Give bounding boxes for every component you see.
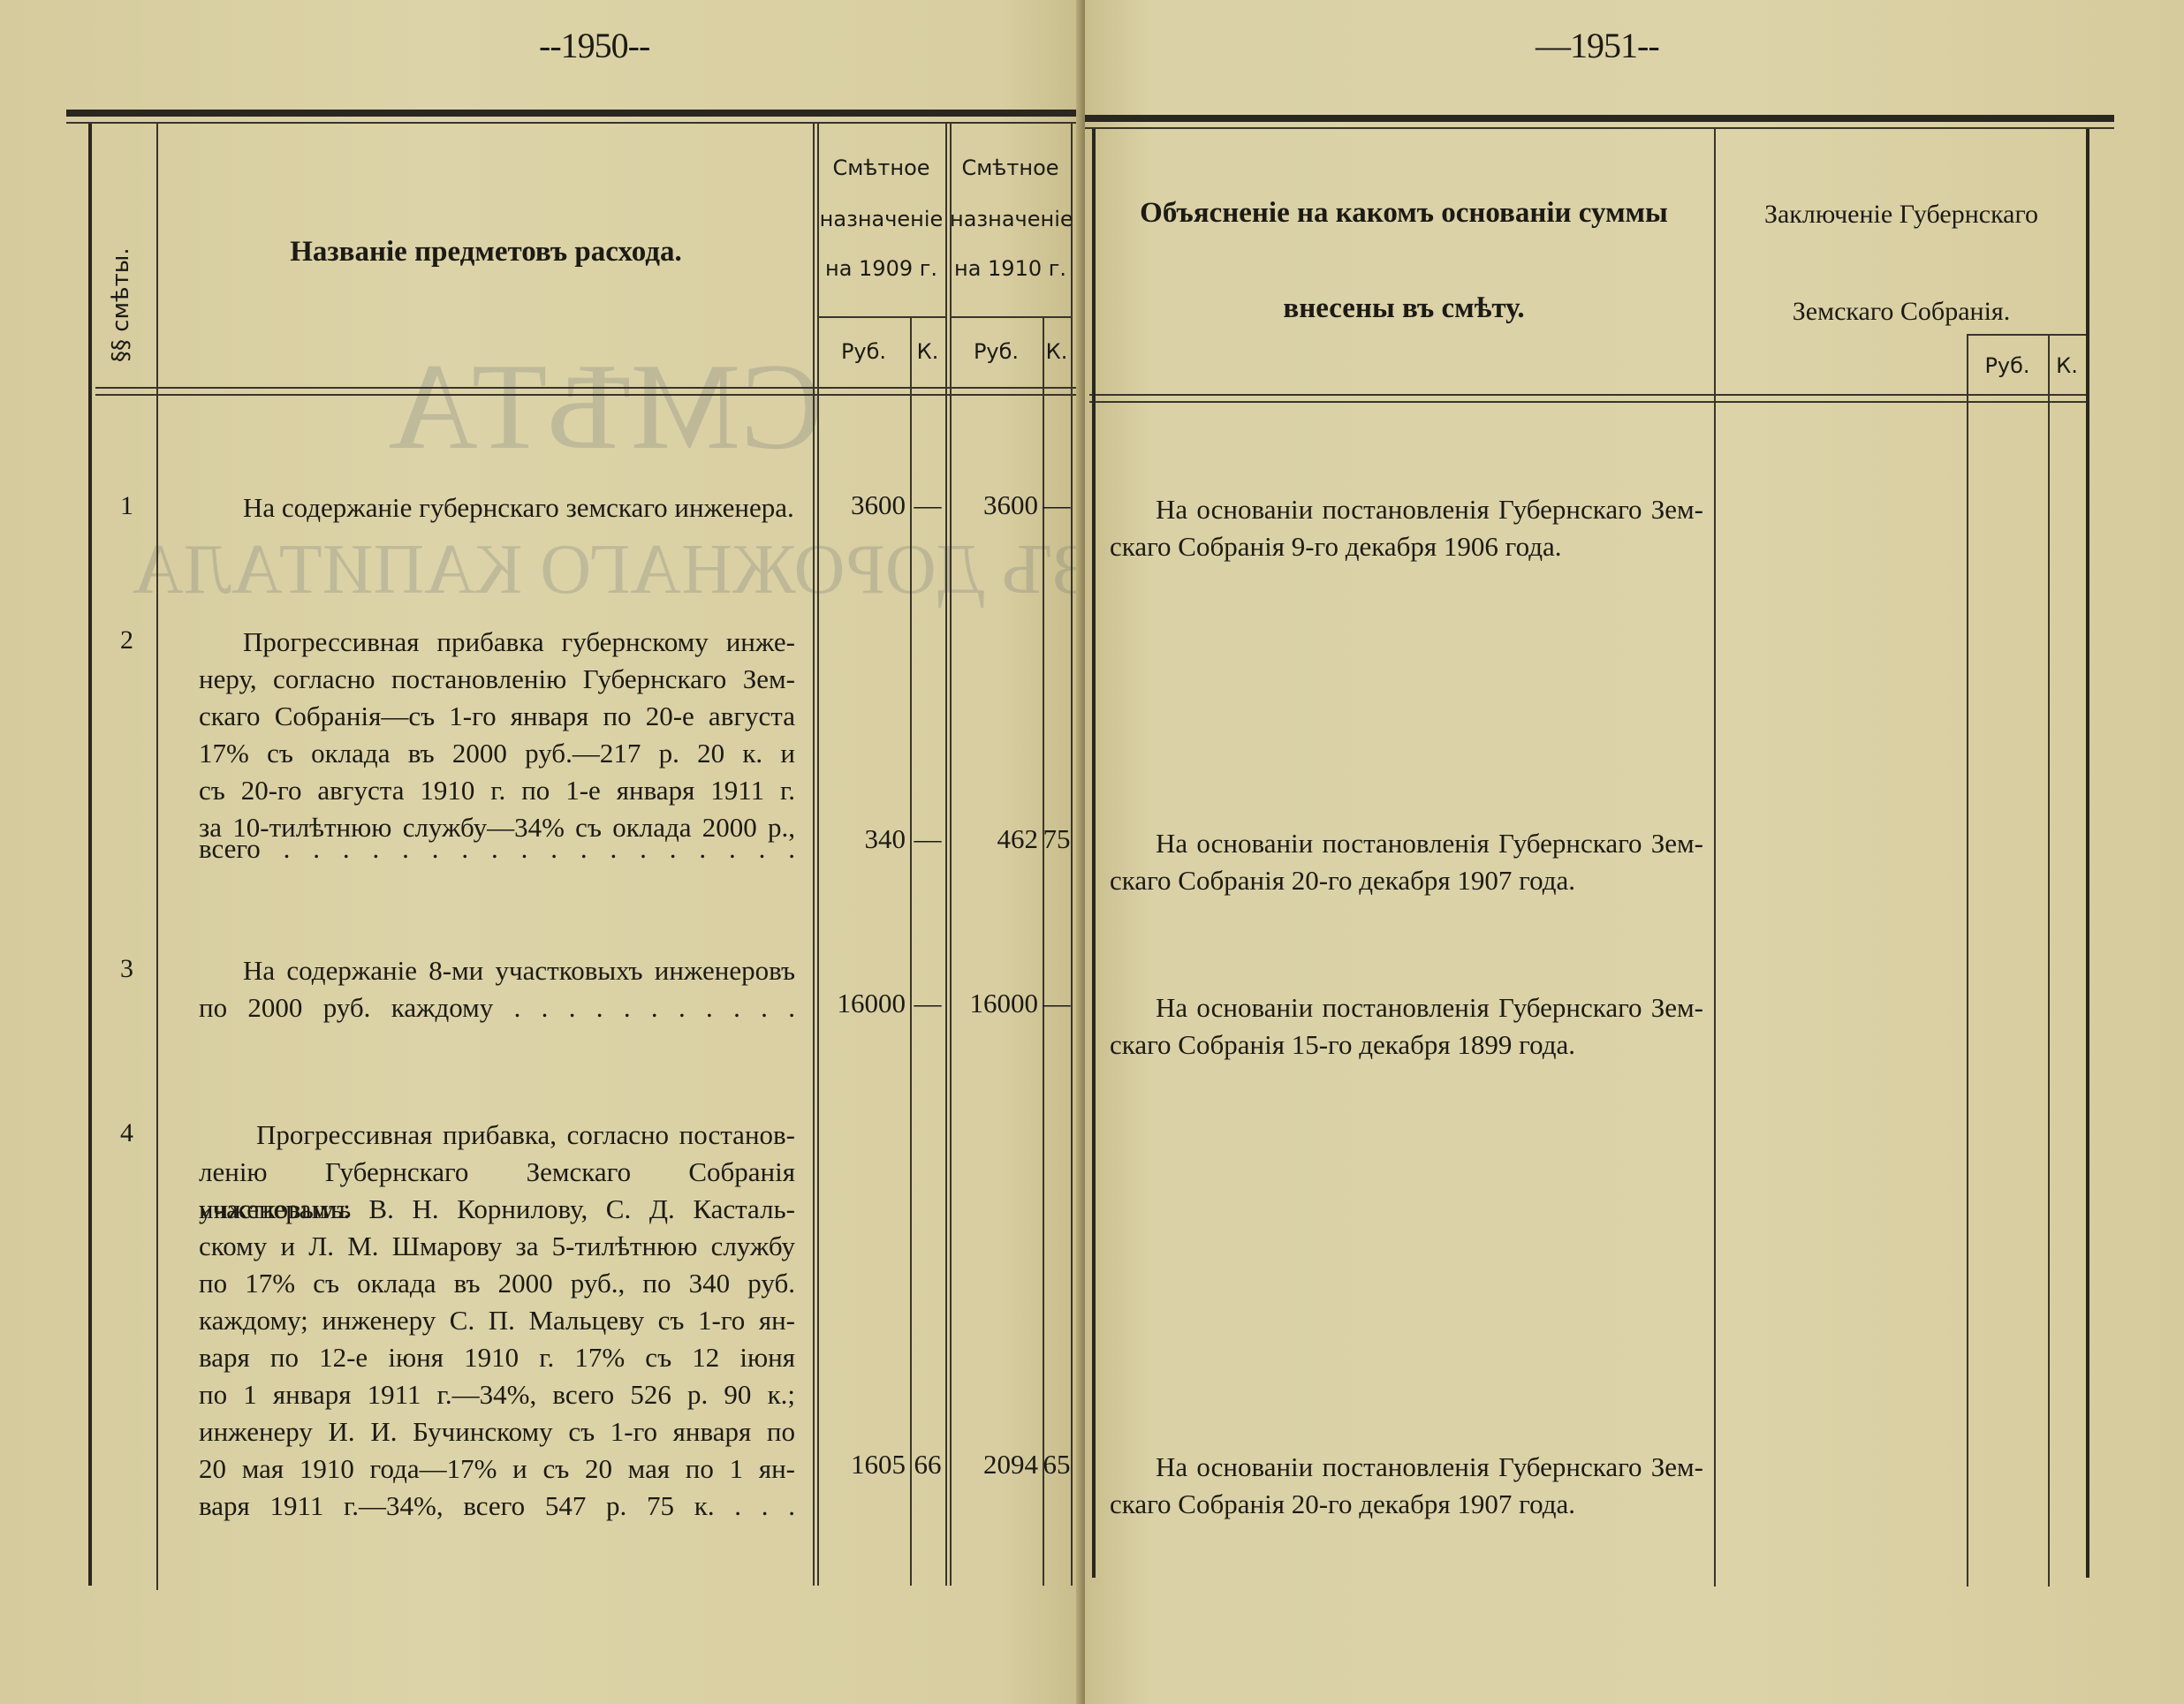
subheader-line-1910: [950, 316, 1071, 318]
rub-1909: 3600: [817, 489, 906, 521]
budget-1909-header-line1: Смѣтное: [817, 155, 945, 180]
explanation-text-line: скаго Собранія 20-го декабря 1907 года.: [1110, 1486, 1703, 1523]
left-page: СМѢТА РАСХОДОВЪ ИЗЪ ДОРОЖНАГО КАПИТАЛА -…: [0, 0, 1085, 1704]
kop-1909: —: [910, 988, 945, 1019]
table-left-border: [88, 124, 92, 1586]
section-number-header: §§ смѣты.: [108, 247, 134, 362]
row-text-line: На содержаніе 8-ми участковыхъ инженеров…: [243, 952, 795, 989]
kop-1910: 65: [1043, 1449, 1071, 1481]
page-number-right: —1951--: [1536, 25, 1659, 66]
row-text-line: скому и Л. М. Шмарову за 5-тилѣтнюю служ…: [199, 1228, 795, 1265]
budget-1909-header-line2: назначеніе: [817, 207, 945, 231]
right-page: —1951-- Объясненіе на какомъ основаніи с…: [1085, 0, 2184, 1704]
explanation-text-line: На основаніи постановленія Губернскаго З…: [1156, 1449, 1703, 1486]
row-text-line: съ 20-го августа 1910 г. по 1-е января 1…: [199, 772, 795, 809]
item-name-header: Названіе предметовъ расхода.: [159, 235, 813, 270]
budget-1910-header-line3: на 1910 г.: [950, 256, 1071, 281]
rub-1909: 1605: [817, 1449, 906, 1481]
row-text-line: всего . . . . . . . . . . . . . . . . . …: [199, 830, 795, 867]
col-divider-number: [156, 124, 158, 1590]
kop-1909: —: [910, 823, 945, 855]
row-number: 1: [97, 491, 156, 521]
row-number: 4: [97, 1118, 156, 1148]
row-text-line: На содержаніе губернскаго земскаго инжен…: [243, 489, 795, 526]
explanation-text-line: На основаніи постановленія Губернскаго З…: [1156, 491, 1703, 528]
explanation-text-line: скаго Собранія 9-го декабря 1906 года.: [1110, 528, 1703, 565]
kop-1910: —: [1043, 489, 1071, 521]
row-number: 2: [97, 625, 156, 655]
col-divider-conclusion-kop: [2048, 336, 2050, 1587]
top-rule-thin: [1085, 127, 2114, 129]
table-right-border: [1071, 124, 1073, 1586]
rub-1910: 462: [950, 823, 1038, 855]
explanation-header-line1: Объясненіе на какомъ основаніи суммы: [1094, 196, 1714, 231]
row-text-line: инженеру И. И. Бучинскому съ 1-го января…: [199, 1413, 795, 1450]
row-text-line: Прогрессивная прибавка губернскому инже-: [243, 624, 795, 661]
col-divider-name: [813, 124, 815, 1586]
explanation-header-line2: внесены въ смѣту.: [1094, 292, 1714, 327]
top-rule-thin: [66, 122, 1078, 124]
row-text-line: скаго Собранія—съ 1-го января по 20-е ав…: [199, 698, 795, 735]
kop-1909: —: [910, 489, 945, 521]
explanation-text-line: скаго Собранія 15-го декабря 1899 года.: [1110, 1026, 1703, 1064]
header-separator-2: [1089, 401, 2088, 403]
bleed-through-title: СМѢТА: [389, 336, 823, 478]
row-text-line: варя 1911 г.—34%, всего 547 р. 75 к. . .…: [199, 1488, 795, 1525]
budget-1910-kop-header: К.: [1043, 339, 1071, 364]
row-text-line: каждому; инженеру С. П. Мальцеву съ 1-го…: [199, 1302, 795, 1339]
row-text-line: Прогрессивная прибавка, согласно постано…: [256, 1117, 795, 1154]
explanation-text-line: скаго Собранія 20-го декабря 1907 года.: [1110, 862, 1703, 899]
row-text-line: варя по 12-е іюня 1910 г. 17% съ 12 іюня: [199, 1339, 795, 1376]
subheader-line-conclusion: [1967, 334, 2086, 336]
row-number: 3: [97, 954, 156, 984]
conclusion-header-line2: Земскаго Собранія.: [1716, 297, 2087, 327]
top-rule: [66, 110, 1078, 117]
col-divider-1909: [945, 124, 947, 1586]
budget-1910-header-line1: Смѣтное: [950, 155, 1071, 180]
page-number-left: --1950--: [539, 25, 649, 66]
row-text-line: неру, согласно постановленію Губернскаго…: [199, 661, 795, 698]
row-text-line: по 17% съ оклада въ 2000 руб., по 340 ру…: [199, 1265, 795, 1302]
subheader-line-1909: [817, 316, 945, 318]
row-text-line: 17% съ оклада въ 2000 руб.—217 р. 20 к. …: [199, 735, 795, 772]
rub-1909: 340: [817, 823, 906, 855]
budget-1909-kop-header: К.: [910, 339, 945, 364]
budget-1909-header-line3: на 1909 г.: [817, 256, 945, 281]
col-divider-explanation: [1714, 129, 1716, 1587]
rub-1910: 3600: [950, 489, 1038, 521]
table-left-border: [1092, 129, 1096, 1578]
conclusion-rub-header: Руб.: [1967, 353, 2048, 378]
row-text-line: по 1 января 1911 г.—34%, всего 526 р. 90…: [199, 1376, 795, 1413]
conclusion-header-line1: Заключеніе Губернскаго: [1716, 200, 2087, 230]
kop-1910: —: [1043, 988, 1071, 1019]
header-separator-2: [95, 394, 1078, 396]
rub-1910: 2094: [950, 1449, 1038, 1481]
kop-1910: 75: [1043, 823, 1071, 855]
rub-1909: 16000: [817, 988, 906, 1019]
budget-1909-rub-header: Руб.: [817, 339, 910, 364]
top-rule: [1085, 115, 2114, 122]
row-text-line: инженерамъ: В. Н. Корнилову, С. Д. Каста…: [199, 1191, 795, 1228]
rub-1910: 16000: [950, 988, 1038, 1019]
col-divider-conclusion-rub: [1967, 336, 1968, 1587]
explanation-text-line: На основаніи постановленія Губернскаго З…: [1156, 989, 1703, 1026]
header-separator: [95, 387, 1078, 389]
kop-1909: 66: [910, 1449, 945, 1481]
explanation-text-line: На основаніи постановленія Губернскаго З…: [1156, 825, 1703, 862]
budget-1910-header-line2: назначеніе: [950, 207, 1071, 231]
budget-1910-rub-header: Руб.: [950, 339, 1043, 364]
conclusion-kop-header: К.: [2048, 353, 2086, 378]
table-right-border: [2086, 129, 2089, 1578]
header-separator: [1089, 394, 2088, 396]
row-text-line: 20 мая 1910 года—17% и съ 20 мая по 1 ян…: [199, 1450, 795, 1488]
row-text-line: по 2000 руб. каждому . . . . . . . . . .…: [199, 989, 795, 1026]
